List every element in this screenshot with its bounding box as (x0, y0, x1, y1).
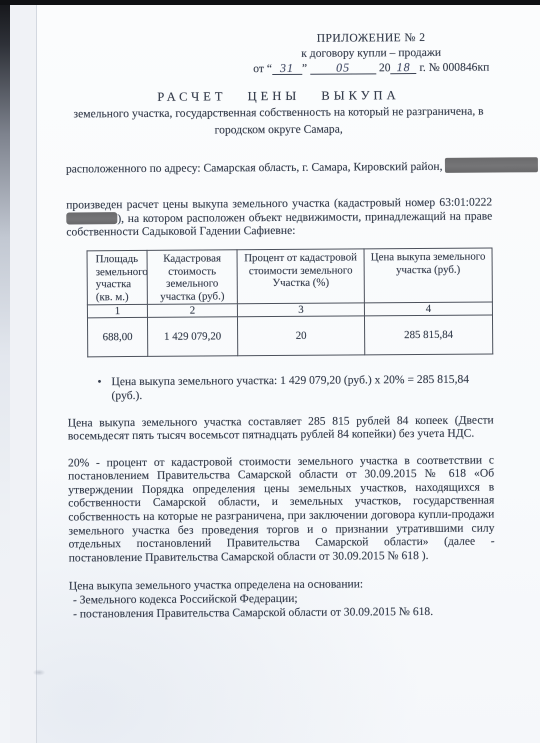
table-number-cell: 4 (364, 302, 492, 316)
document-subtitle-line1: земельного участка, государственная собс… (66, 105, 492, 122)
contract-date-line: от “31” 05 2018 г. № 000846кп (251, 61, 491, 76)
intro-paragraph: произведен расчет цены выкупа земельного… (66, 196, 492, 240)
date-quote-close: ” (302, 62, 307, 75)
document-subtitle-line2: городском округе Самара, (66, 121, 492, 138)
address-text: расположенного по адресу: Самарская обла… (66, 159, 443, 175)
scanned-document: ПРИЛОЖЕНИЕ № 2 к договору купли – продаж… (0, 0, 540, 743)
appendix-title: ПРИЛОЖЕНИЕ № 2 (251, 31, 491, 46)
table-cell-price: 285 815,84 (364, 315, 492, 355)
table-header-row: Площадь земельного участка (кв. м.) Када… (87, 248, 492, 305)
calculation-text: Цена выкупа земельного участка: 1 429 07… (111, 373, 493, 403)
table-header-area: Площадь земельного участка (кв. м.) (87, 250, 147, 305)
percent-basis-paragraph: 20% - процент от кадастровой стоимости з… (68, 453, 495, 565)
date-day-blank: 31 (272, 63, 302, 75)
calculation-bullet-line: • Цена выкупа земельного участка: 1 429 … (67, 373, 493, 403)
scan-artifact-mark (30, 668, 48, 677)
handwritten-day: 31 (280, 61, 294, 75)
calculation-table: Площадь земельного участка (кв. м.) Када… (87, 247, 494, 357)
redaction-box-cadastral (66, 212, 117, 224)
table-header-percent: Процент от кадастровой стоимости земельн… (237, 249, 364, 304)
table-data-row: 688,00 1 429 079,20 20 285 815,84 (87, 315, 492, 357)
date-month-blank: 05 (310, 63, 376, 75)
contract-subtitle: к договору купли – продажи (251, 45, 491, 60)
scan-edge-shadow (0, 0, 10, 743)
table-cell-area: 688,00 (87, 318, 147, 357)
table-cell-percent: 20 (237, 316, 364, 356)
document-title-block: РАСЧЕТ ЦЕНЫ ВЫКУПА земельного участка, г… (65, 88, 491, 138)
redaction-box-address (444, 157, 537, 173)
table-number-cell: 1 (87, 305, 147, 318)
document-content: ПРИЛОЖЕНИЕ № 2 к договору купли – продаж… (65, 31, 495, 621)
bullet-icon: • (97, 375, 111, 402)
handwritten-month: 05 (336, 61, 350, 75)
table-cell-cadastral-value: 1 429 079,20 (147, 317, 237, 357)
intro-part2: ), на котором расположен объект недвижим… (66, 209, 492, 239)
address-line: расположенного по адресу: Самарская обла… (66, 157, 492, 176)
date-prefix: от “ (253, 62, 272, 75)
table-number-cell: 3 (237, 303, 364, 317)
document-title: РАСЧЕТ ЦЕНЫ ВЫКУПА (65, 88, 491, 105)
legal-basis-item: - постановления Правительства Самарской … (69, 604, 495, 621)
handwritten-year: 18 (396, 60, 410, 74)
scan-edge-top (0, 0, 540, 5)
table-header-price: Цена выкупа земельного участка (руб.) (364, 248, 492, 303)
document-page: ПРИЛОЖЕНИЕ № 2 к договору купли – продаж… (36, 5, 540, 743)
contract-number: г. № 000846кп (419, 61, 489, 74)
date-year-blank: 18 (391, 62, 417, 74)
total-price-paragraph: Цена выкупа земельного участка составляе… (68, 413, 494, 443)
table-number-cell: 2 (147, 304, 237, 318)
legal-basis-block: Цена выкупа земельного участка определен… (69, 577, 495, 621)
appendix-header: ПРИЛОЖЕНИЕ № 2 к договору купли – продаж… (251, 31, 491, 76)
table-header-cadastral-value: Кадастровая стоимость земельного участка… (147, 250, 237, 305)
date-year-prefix: 20 (379, 61, 391, 74)
